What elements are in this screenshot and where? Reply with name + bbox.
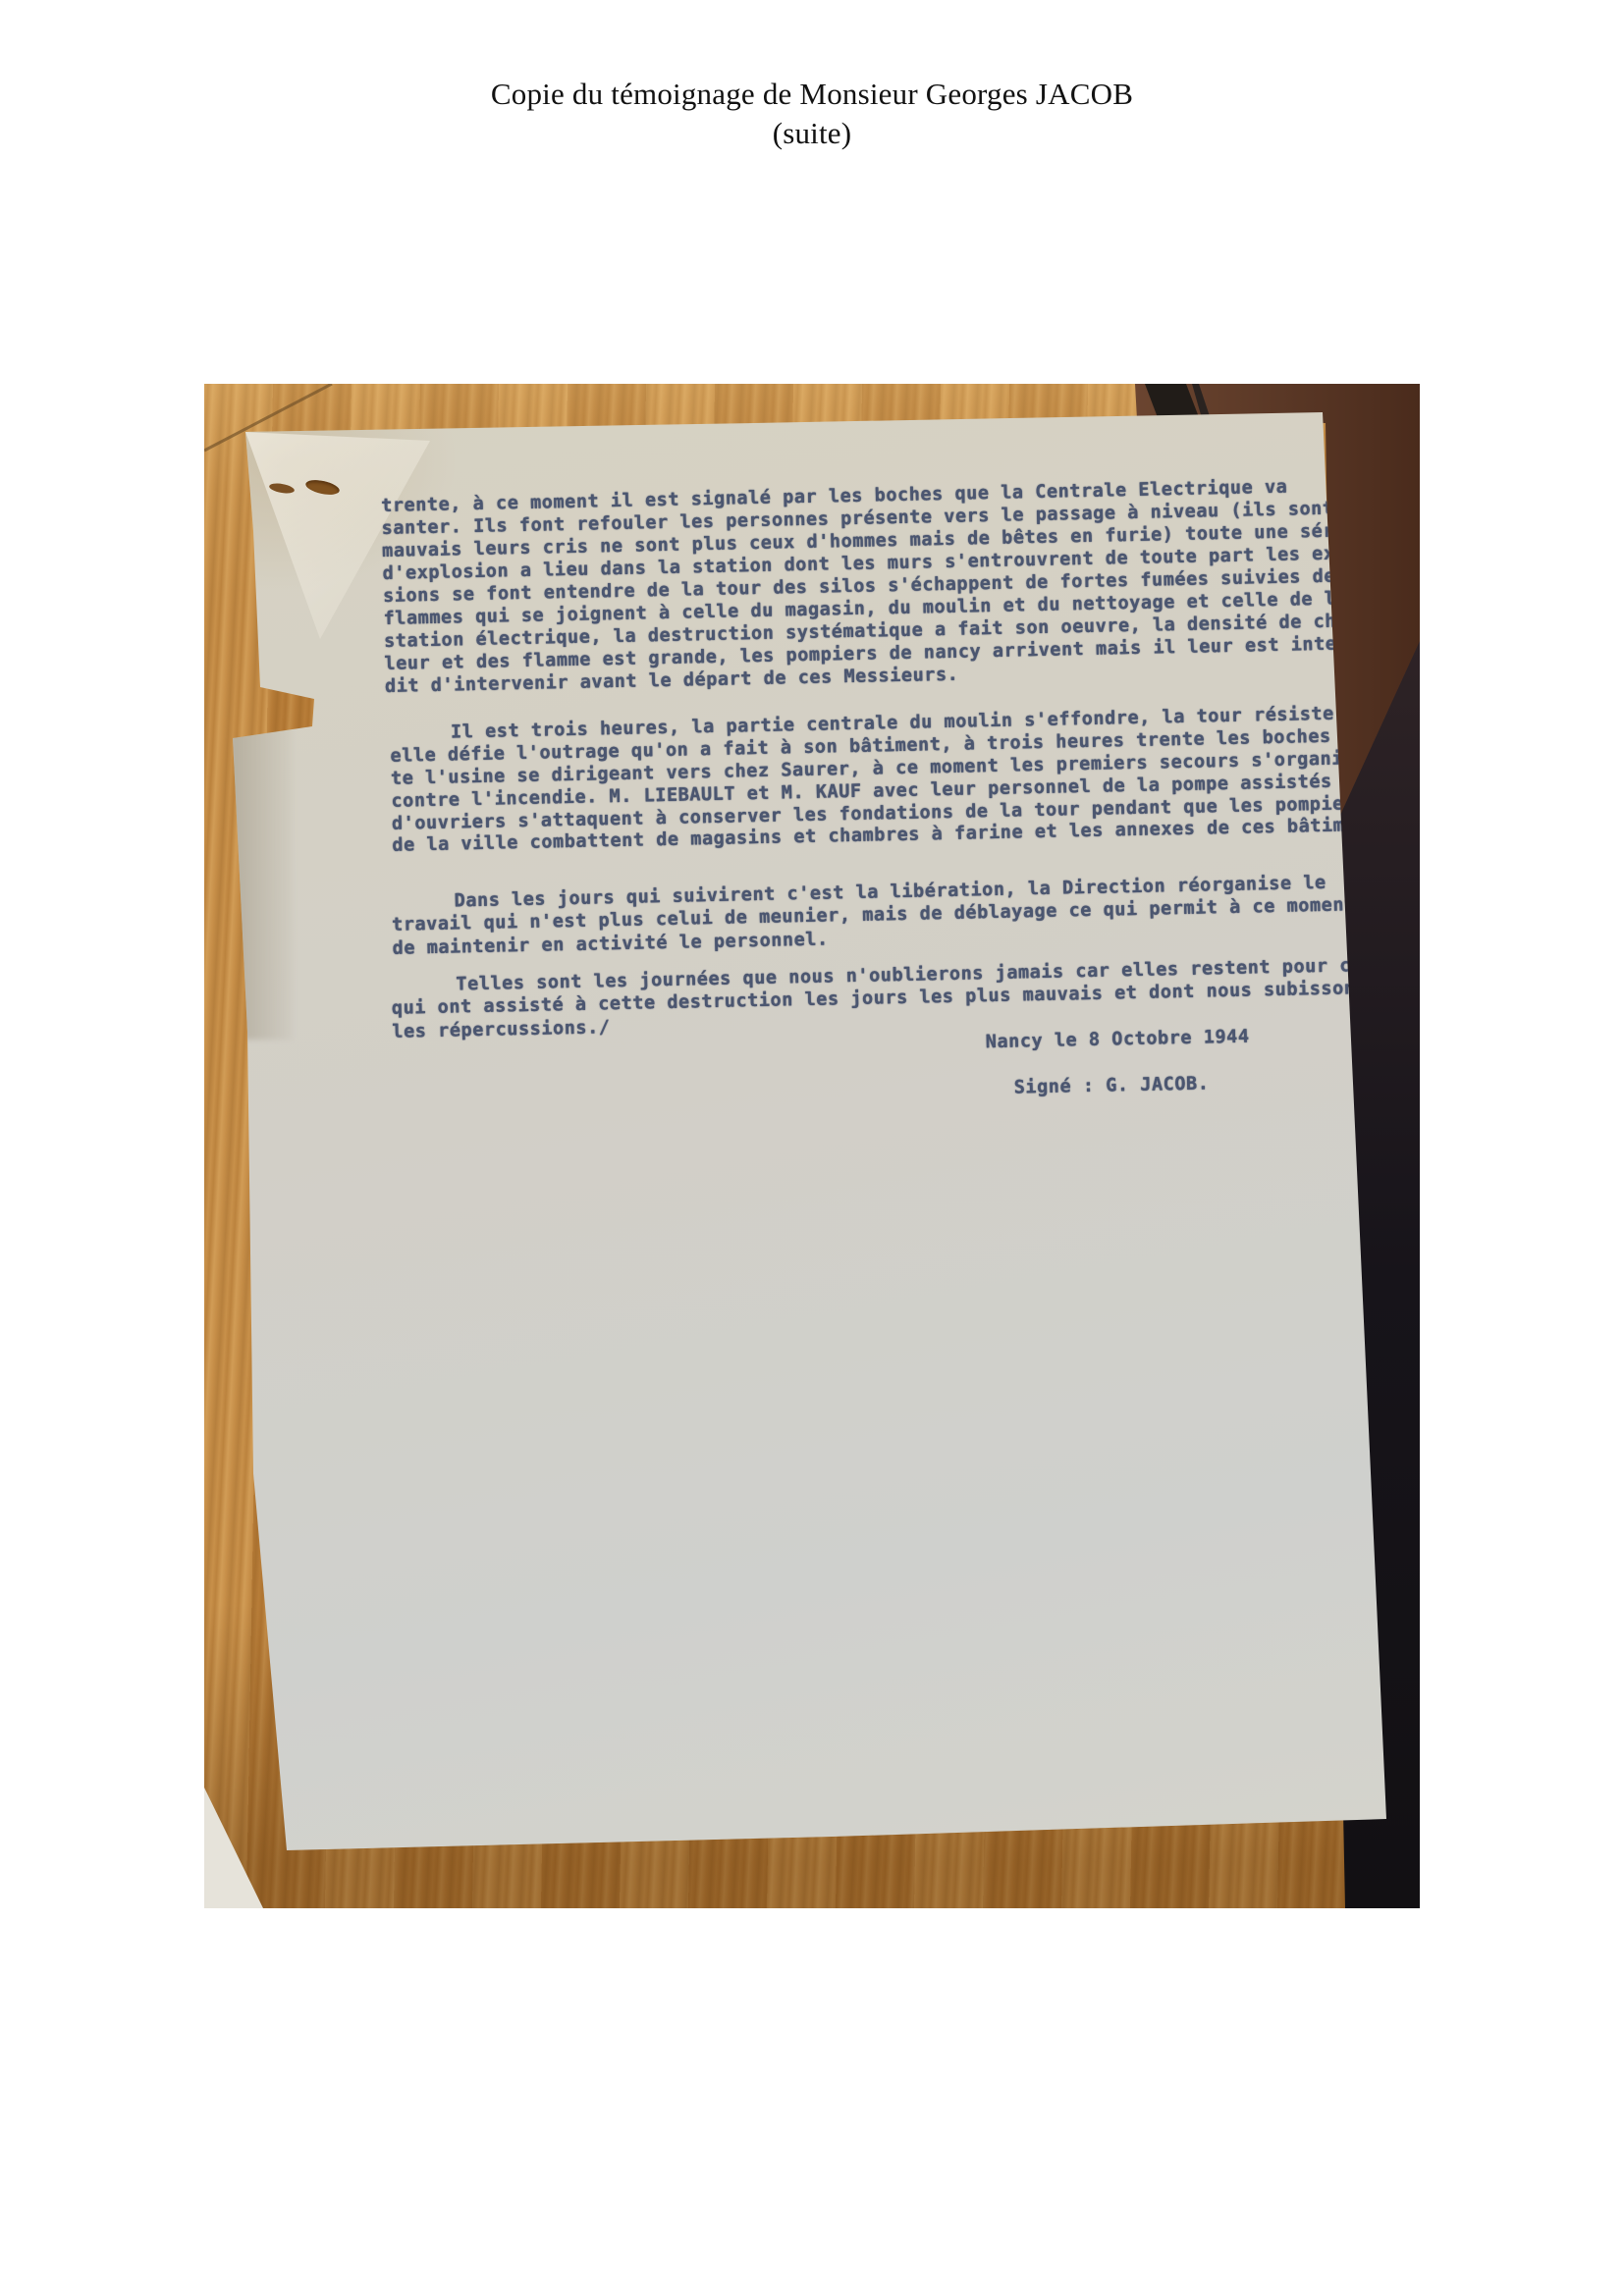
- typewriter-text-block: trente, à ce moment il est signalé par l…: [204, 384, 1420, 1908]
- typewritten-line: les répercussions./: [392, 1018, 610, 1042]
- typewritten-line: de maintenir en activité le personnel.: [392, 931, 828, 959]
- page-title: Copie du témoignage de Monsieur Georges …: [0, 75, 1624, 114]
- underlying-paper-corner: [204, 1788, 263, 1908]
- page: { "page": { "title": "Copie du témoignag…: [0, 0, 1624, 2296]
- document-header: Copie du témoignage de Monsieur Georges …: [0, 75, 1624, 153]
- page-subtitle: (suite): [0, 114, 1624, 153]
- dateline: Nancy le 8 Octobre 1944: [986, 1028, 1250, 1053]
- typewritten-letter: trente, à ce moment il est signalé par l…: [204, 384, 1420, 1908]
- signature-line: Signé : G. JACOB.: [1014, 1074, 1210, 1097]
- document-photo: trente, à ce moment il est signalé par l…: [204, 384, 1420, 1908]
